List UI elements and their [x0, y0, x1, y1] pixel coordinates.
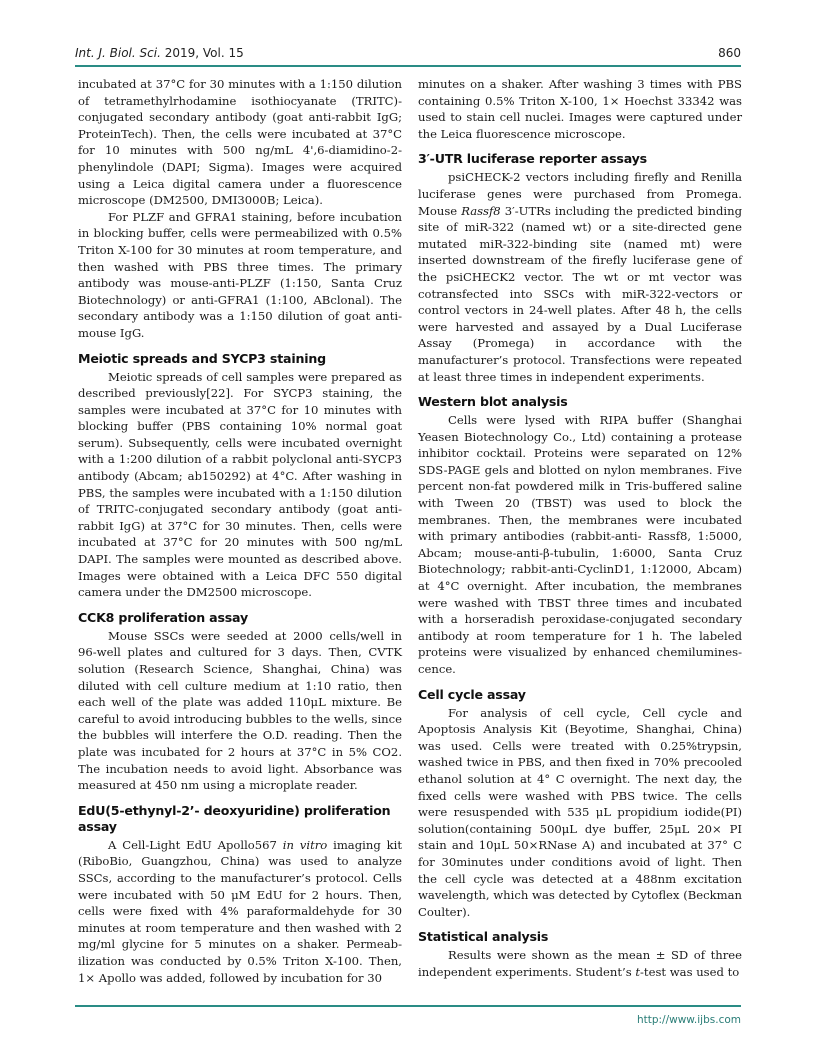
section-heading-cck8: CCK8 proliferation assay: [78, 610, 402, 626]
left-column: incubated at 37°C for 30 minutes with a …: [78, 76, 402, 986]
paragraph: Results were shown as the mean ± SD of t…: [418, 947, 742, 980]
text-run: A Cell-Light EdU Apollo567: [108, 838, 283, 852]
page-number: 860: [718, 46, 741, 60]
section-heading-cell-cycle: Cell cycle assay: [418, 687, 742, 703]
paragraph: For PLZF and GFRA1 staining, before incu…: [78, 209, 402, 342]
paragraph: minutes on a shaker. After washing 3 tim…: [418, 76, 742, 142]
text-run: imaging kit (RiboBio, Guangzhou, China) …: [78, 838, 402, 985]
footer-rule: [75, 1005, 741, 1007]
paragraph: Meiotic spreads of cell samples were pre…: [78, 369, 402, 601]
paragraph: Mouse SSCs were seeded at 2000 cells/wel…: [78, 628, 402, 794]
journal-citation: Int. J. Biol. Sci. 2019, Vol. 15: [75, 46, 244, 60]
right-column: minutes on a shaker. After washing 3 tim…: [418, 76, 742, 981]
header-rule: [75, 65, 741, 67]
paragraph: A Cell-Light EdU Apollo567 in vitro imag…: [78, 837, 402, 986]
journal-year-volume: 2019, Vol. 15: [161, 46, 244, 60]
italic-text: Rassf8: [461, 204, 500, 218]
paragraph: For analysis of cell cycle, Cell cycle a…: [418, 705, 742, 921]
journal-name: Int. J. Biol. Sci.: [75, 46, 161, 60]
paragraph: Cells were lysed with RIPA buffer (Shang…: [418, 412, 742, 678]
italic-text: in vitro: [283, 838, 327, 852]
section-heading-utr-luciferase: 3′-UTR luciferase reporter assays: [418, 151, 742, 167]
section-heading-edu: EdU(5-ethynyl-2’- deoxyuridine) prolifer…: [78, 803, 402, 835]
text-run: -test was used to: [640, 965, 739, 979]
running-header: Int. J. Biol. Sci. 2019, Vol. 15 860: [75, 44, 741, 62]
section-heading-meiotic-spreads: Meiotic spreads and SYCP3 staining: [78, 351, 402, 367]
section-heading-western-blot: Western blot analysis: [418, 394, 742, 410]
paragraph: incubated at 37°C for 30 minutes with a …: [78, 76, 402, 209]
section-heading-statistical-analysis: Statistical analysis: [418, 929, 742, 945]
paragraph: psiCHECK-2 vectors including firefly and…: [418, 169, 742, 385]
journal-url-link[interactable]: http://www.ijbs.com: [637, 1014, 741, 1026]
text-run: 3′-UTRs including the predicted binding …: [418, 204, 742, 384]
